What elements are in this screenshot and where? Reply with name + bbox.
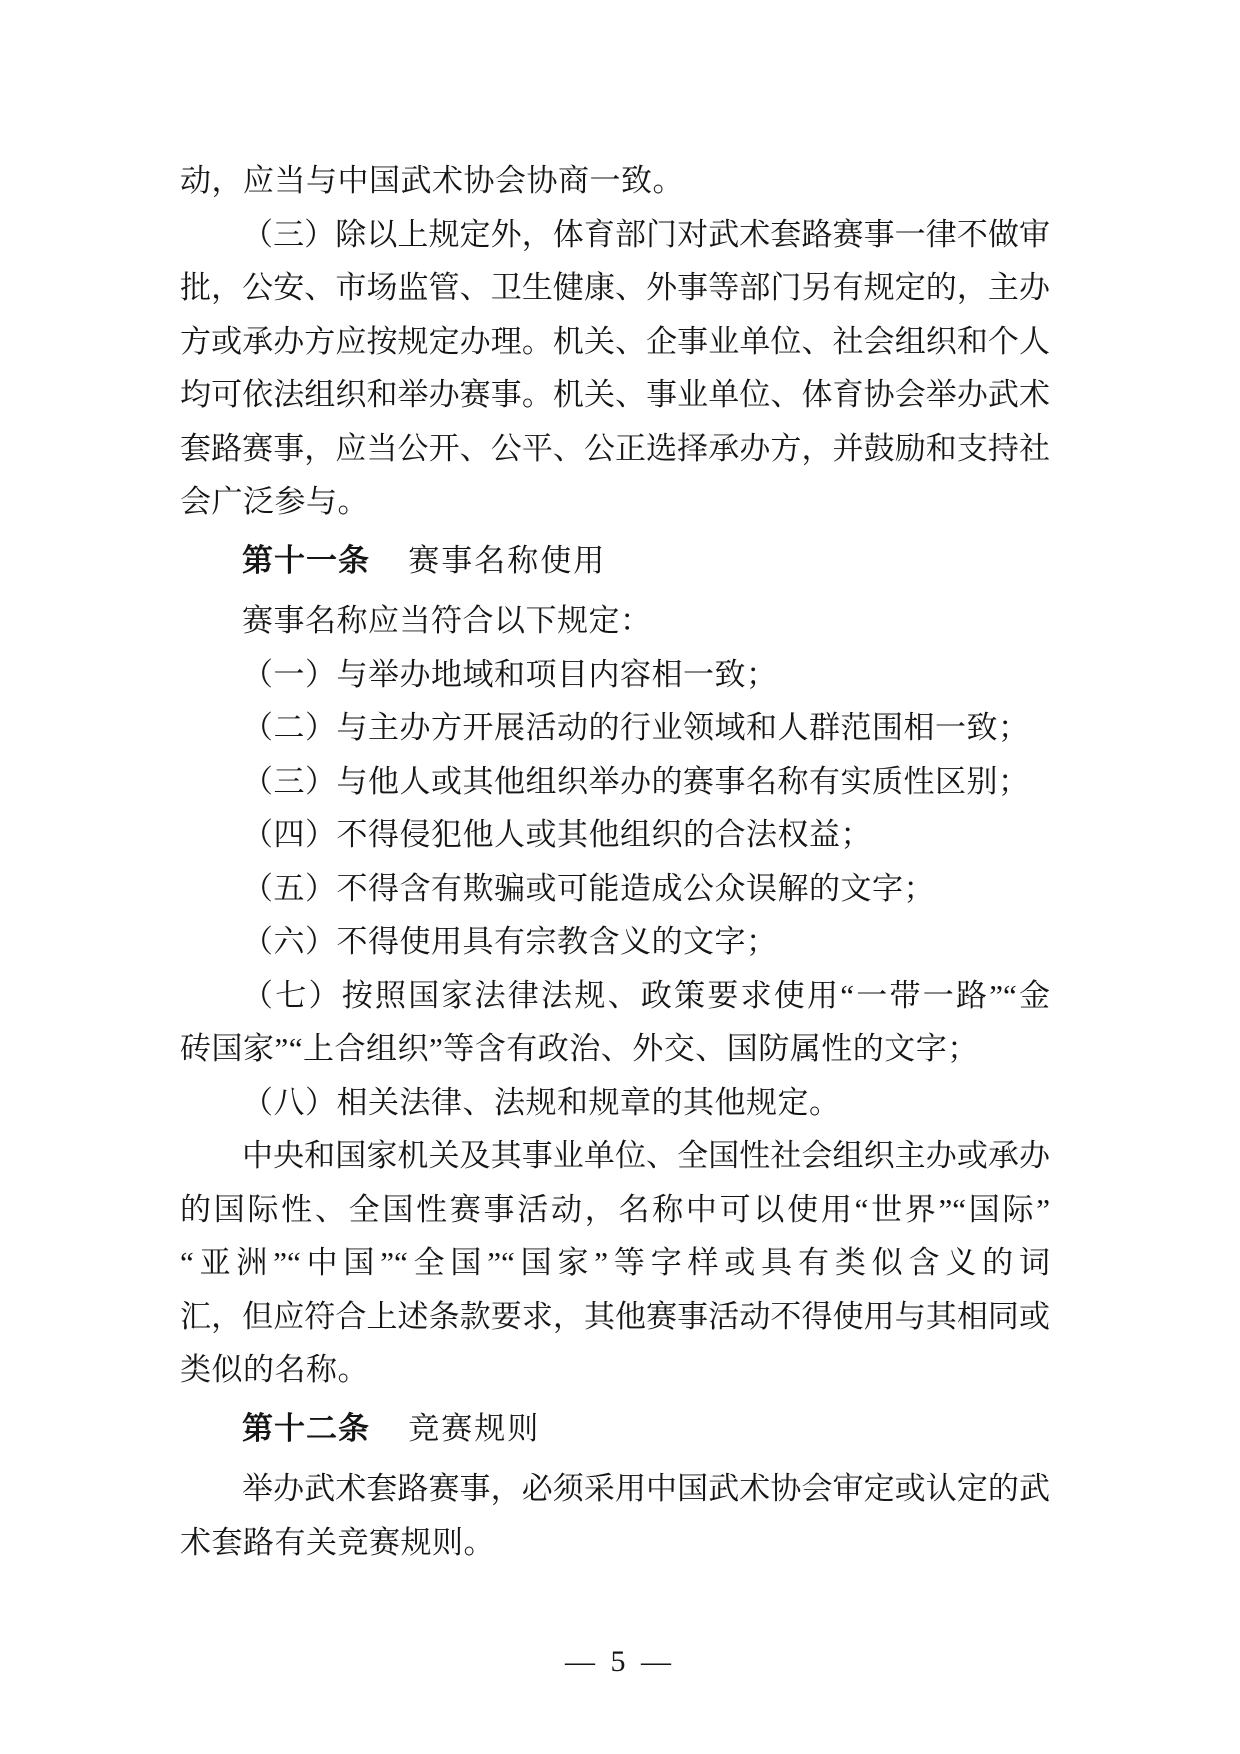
list-item: （三）与他人或其他组织举办的赛事名称有实质性区别； [180, 755, 1050, 809]
body-line: 的国际性、全国性赛事活动，名称中可以使用“世界”“国际” [180, 1183, 1050, 1237]
body-line: 术套路有关竞赛规则。 [180, 1516, 1050, 1570]
body-line: 赛事名称应当符合以下规定： [180, 594, 1050, 648]
list-item: （六）不得使用具有宗教含义的文字； [180, 915, 1050, 969]
body-line: 汇，但应符合上述条款要求，其他赛事活动不得使用与其相同或 [180, 1290, 1050, 1344]
list-item: （五）不得含有欺骗或可能造成公众误解的文字； [180, 862, 1050, 916]
body-line: 中央和国家机关及其事业单位、全国性社会组织主办或承办 [180, 1129, 1050, 1183]
document-page: 动，应当与中国武术协会协商一致。 （三）除以上规定外，体育部门对武术套路赛事一律… [0, 0, 1240, 1754]
body-line: 方或承办方应按规定办理。机关、企事业单位、社会组织和个人 [180, 315, 1050, 369]
heading-title: 竞赛规则 [408, 1411, 540, 1446]
page-number: — 5 — [0, 1645, 1240, 1679]
body-line: 举办武术套路赛事，必须采用中国武术协会审定或认定的武 [180, 1462, 1050, 1516]
list-item: （八）相关法律、法规和规章的其他规定。 [180, 1076, 1050, 1130]
body-line: 均可依法组织和举办赛事。机关、事业单位、体育协会举办武术 [180, 368, 1050, 422]
heading-title: 赛事名称使用 [408, 543, 606, 578]
text-column: 动，应当与中国武术协会协商一致。 （三）除以上规定外，体育部门对武术套路赛事一律… [180, 154, 1050, 1569]
list-item: （七）按照国家法律法规、政策要求使用“一带一路”“金 [180, 969, 1050, 1023]
body-line: 类似的名称。 [180, 1343, 1050, 1397]
body-line: 砖国家”“上合组织”等含有政治、外交、国防属性的文字； [180, 1022, 1050, 1076]
section-heading-article-11: 第十一条 赛事名称使用 [180, 534, 1050, 588]
body-line: 动，应当与中国武术协会协商一致。 [180, 154, 1050, 208]
list-item: （二）与主办方开展活动的行业领域和人群范围相一致； [180, 701, 1050, 755]
list-item: （一）与举办地域和项目内容相一致； [180, 648, 1050, 702]
body-line: “亚洲”“中国”“全国”“国家”等字样或具有类似含义的词 [180, 1236, 1050, 1290]
heading-term: 第十一条 [242, 543, 370, 578]
body-line: 批，公安、市场监管、卫生健康、外事等部门另有规定的，主办 [180, 261, 1050, 315]
heading-term: 第十二条 [242, 1411, 370, 1446]
body-line: 会广泛参与。 [180, 475, 1050, 529]
body-line: 套路赛事，应当公开、公平、公正选择承办方，并鼓励和支持社 [180, 422, 1050, 476]
list-item: （四）不得侵犯他人或其他组织的合法权益； [180, 808, 1050, 862]
section-heading-article-12: 第十二条 竞赛规则 [180, 1402, 1050, 1456]
body-line: （三）除以上规定外，体育部门对武术套路赛事一律不做审 [180, 208, 1050, 262]
